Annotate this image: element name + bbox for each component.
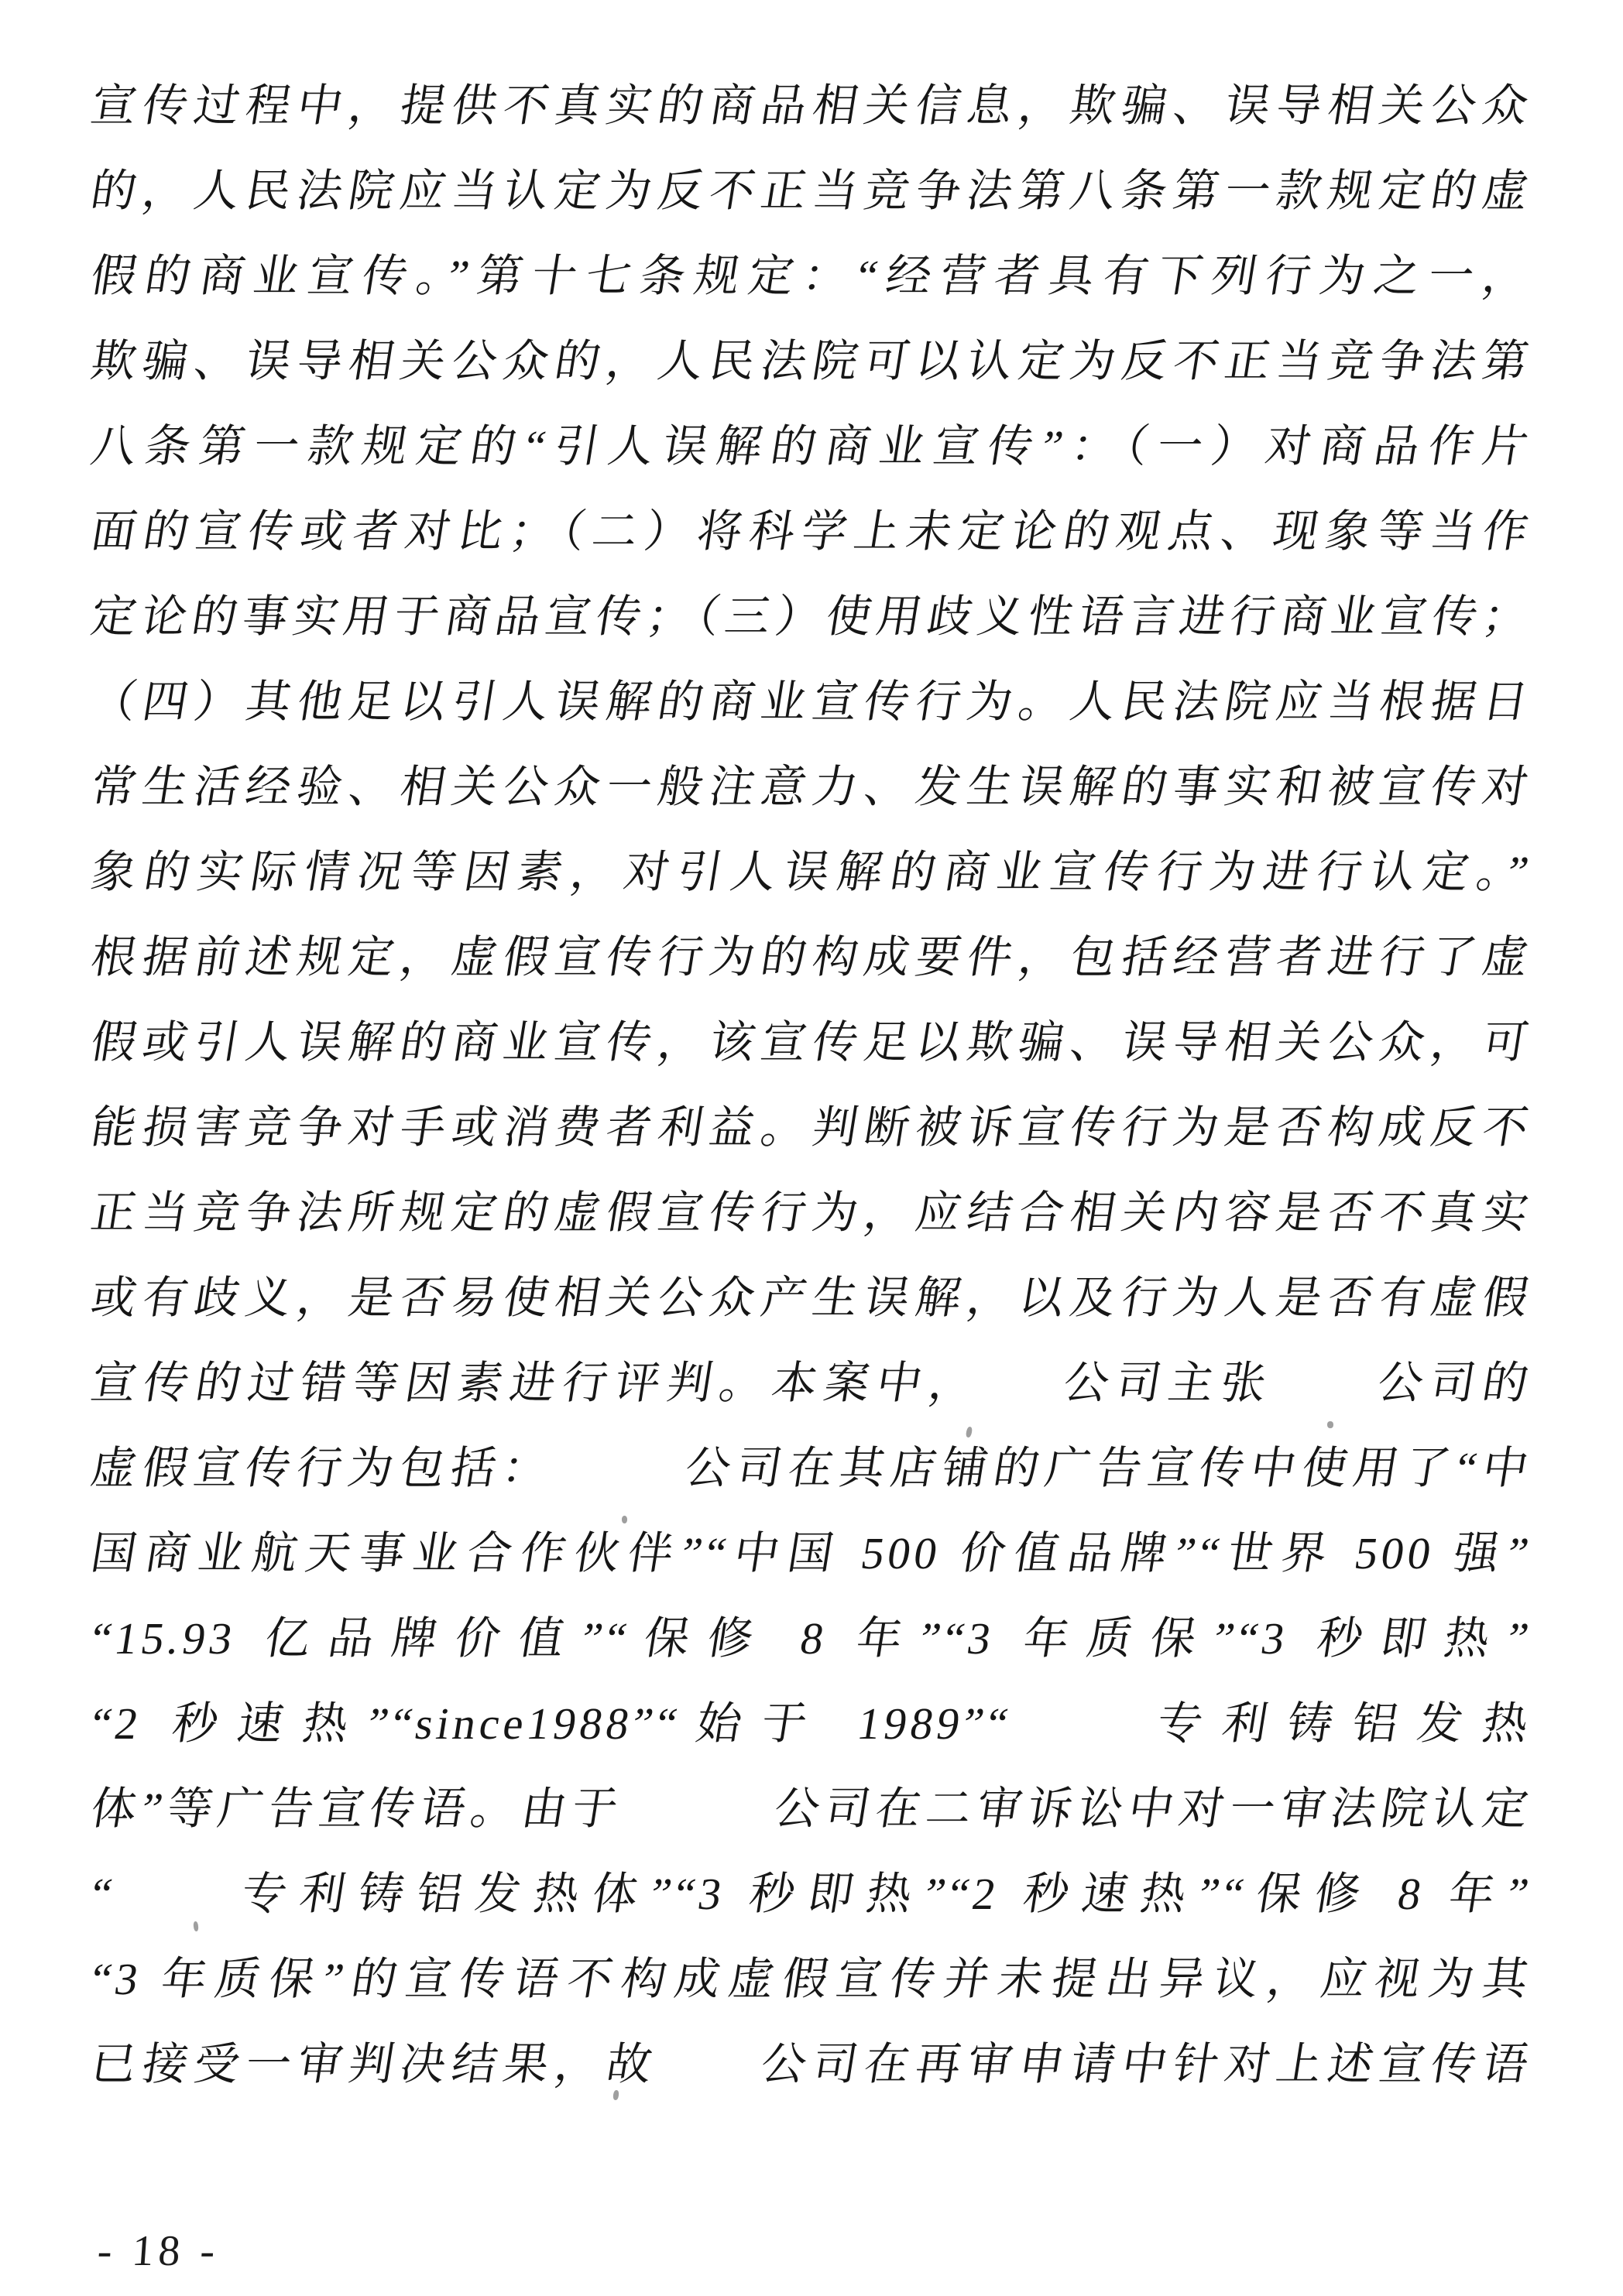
text-line: 或有歧义，是否易使相关公众产生误解，以及行为人是否有虚假 bbox=[84, 1256, 1538, 1341]
page-number: - 18 - bbox=[96, 2226, 221, 2276]
text-line: “3 年质保”的宣传语不构成虚假宣传并未提出异议，应视为其 bbox=[84, 1937, 1538, 2022]
text-line: 定论的事实用于商品宣传；（三）使用歧义性语言进行商业宣传； bbox=[84, 574, 1538, 660]
text-line: 常生活经验、相关公众一般注意力、发生误解的事实和被宣传对 bbox=[84, 745, 1538, 830]
text-line: 的，人民法院应当认定为反不正当竞争法第八条第一款规定的虚 bbox=[84, 149, 1538, 234]
text-line: 宣传过程中，提供不真实的商品相关信息，欺骗、误导相关公众 bbox=[84, 63, 1538, 149]
text-line: 体”等广告宣传语。由于 公司在二审诉讼中对一审法院认定 bbox=[84, 1767, 1538, 1852]
redaction-artifact bbox=[1327, 1421, 1333, 1428]
text-line: 已接受一审判决结果，故 公司在再审申请中针对上述宣传语 bbox=[84, 2022, 1538, 2107]
text-line: 国商业航天事业合作伙伴”“中国 500 价值品牌”“世界 500 强” bbox=[84, 1511, 1538, 1596]
text-line: 宣传的过错等因素进行评判。本案中， 公司主张 公司的 bbox=[84, 1341, 1538, 1426]
text-line: 正当竞争法所规定的虚假宣传行为，应结合相关内容是否不真实 bbox=[84, 1170, 1538, 1256]
text-line: “ 专利铸铝发热体”“3 秒即热”“2 秒速热”“保修 8 年” bbox=[84, 1852, 1538, 1937]
text-line: 欺骗、误导相关公众的，人民法院可以认定为反不正当竞争法第 bbox=[84, 319, 1538, 404]
text-line: 根据前述规定，虚假宣传行为的构成要件，包括经营者进行了虚 bbox=[84, 915, 1538, 1000]
text-line: 假或引人误解的商业宣传，该宣传足以欺骗、误导相关公众，可 bbox=[84, 1000, 1538, 1085]
text-line: “2 秒速热”“since1988”“始于 1989”“ 专利铸铝发热 bbox=[84, 1681, 1538, 1767]
text-line: “15.93 亿品牌价值”“保修 8 年”“3 年质保”“3 秒即热” bbox=[84, 1596, 1538, 1681]
text-line: 虚假宣传行为包括： 公司在其店铺的广告宣传中使用了“中 bbox=[84, 1426, 1538, 1511]
text-line: 象的实际情况等因素，对引人误解的商业宣传行为进行认定。” bbox=[84, 830, 1538, 915]
scanned-judgment-page: 宣传过程中，提供不真实的商品相关信息，欺骗、误导相关公众 的，人民法院应当认定为… bbox=[0, 0, 1623, 2296]
redaction-artifact bbox=[622, 1516, 627, 1523]
text-line: 面的宣传或者对比；（二）将科学上未定论的观点、现象等当作 bbox=[84, 489, 1538, 574]
judgment-text-paragraph: 宣传过程中，提供不真实的商品相关信息，欺骗、误导相关公众 的，人民法院应当认定为… bbox=[91, 63, 1532, 2107]
text-line: （四）其他足以引人误解的商业宣传行为。人民法院应当根据日 bbox=[84, 660, 1538, 745]
text-line: 八条第一款规定的“引人误解的商业宣传”：（一）对商品作片 bbox=[84, 404, 1538, 489]
text-line: 能损害竞争对手或消费者利益。判断被诉宣传行为是否构成反不 bbox=[84, 1085, 1538, 1170]
text-line: 假的商业宣传。”第十七条规定：“经营者具有下列行为之一， bbox=[84, 234, 1538, 319]
